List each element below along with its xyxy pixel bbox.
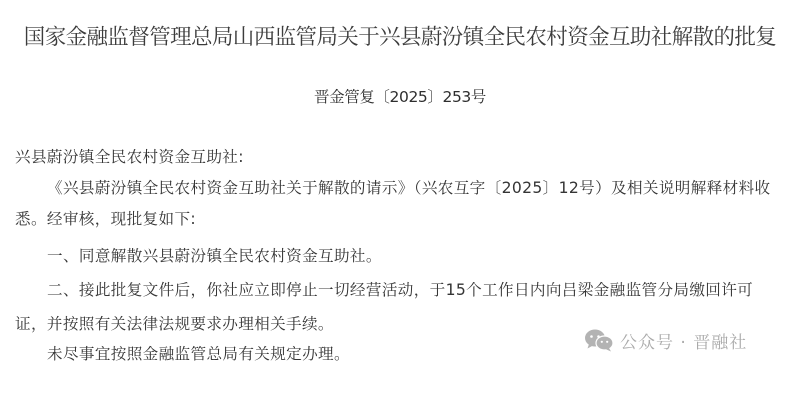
- document-title: 国家金融监督管理总局山西监管局关于兴县蔚汾镇全民农村资金互助社解散的批复: [0, 22, 800, 54]
- body-item-1: 一、同意解散兴县蔚汾镇全民农村资金互助社。: [47, 244, 382, 268]
- body-paragraph-request: 《兴县蔚汾镇全民农村资金互助社关于解散的请示》（兴农互字〔2025〕12号）及相…: [47, 176, 770, 200]
- addressee-line: 兴县蔚汾镇全民农村资金互助社:: [15, 145, 244, 169]
- watermark-text: 公众号 · 晋融社: [620, 328, 747, 353]
- closing-line: 未尽事宜按照金融监管总局有关规定办理。: [47, 342, 350, 366]
- document-number: 晋金管复〔2025〕253号: [0, 84, 800, 110]
- body-paragraph-request-cont: 悉。经审核，现批复如下:: [15, 207, 196, 231]
- body-item-2-cont: 证，并按照有关法律法规要求办理相关手续。: [15, 312, 334, 336]
- document-page: 国家金融监督管理总局山西监管局关于兴县蔚汾镇全民农村资金互助社解散的批复 晋金管…: [0, 0, 800, 394]
- wechat-icon: [584, 328, 614, 352]
- wechat-watermark: 公众号 · 晋融社: [584, 325, 747, 355]
- body-item-2: 二、接此批复文件后，你社应立即停止一切经营活动，于15个工作日内向吕梁金融监管分…: [47, 278, 753, 302]
